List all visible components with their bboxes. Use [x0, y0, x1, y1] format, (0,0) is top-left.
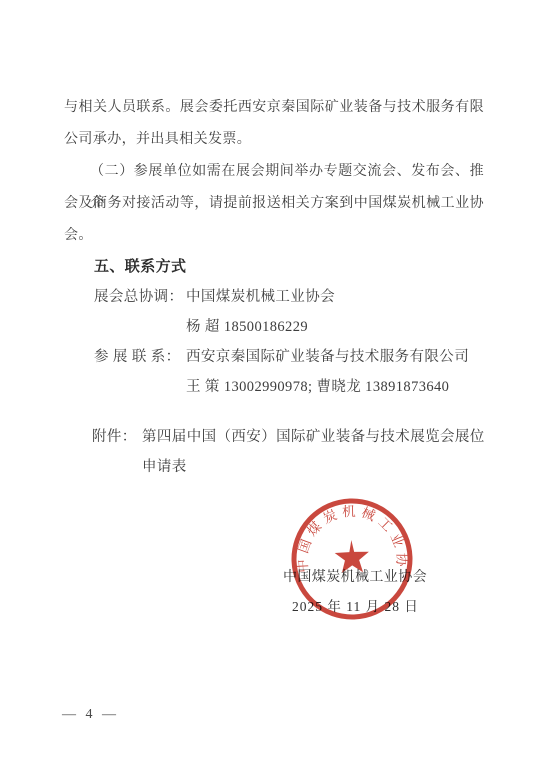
contact-row-exhibit-persons: 王 策 13002990978; 曹晓龙 13891873640 — [64, 372, 484, 402]
body-line: （二）参展单位如需在展会期间举办专题交流会、发布会、推介 — [64, 156, 484, 188]
seal-star-icon — [334, 539, 369, 573]
contact-row-exhibit: 参 展 联 系： 西安京秦国际矿业装备与技术服务有限公司 — [64, 342, 484, 372]
body-line: 与相关人员联系。展会委托西安京秦国际矿业装备与技术服务有限 — [64, 92, 484, 124]
contact-label: 展会总协调： — [94, 282, 186, 312]
attachment-row: 附件： 第四届中国（西安）国际矿业装备与技术展览会展位 — [64, 422, 484, 452]
contact-label-empty — [94, 312, 186, 342]
contact-label-empty — [94, 372, 186, 402]
contact-row-coordinator: 展会总协调： 中国煤炭机械工业协会 — [64, 282, 484, 312]
vertical-spacer — [64, 402, 484, 422]
page-number: — 4 — — [62, 707, 119, 723]
body-line: 会及商务对接活动等，请提前报送相关方案到中国煤炭机械工业协 — [64, 188, 484, 220]
attachment-title-line1: 第四届中国（西安）国际矿业装备与技术展览会展位 — [142, 422, 485, 452]
body-line: 公司承办，并出具相关发票。 — [64, 124, 484, 156]
attachment-label: 附件： — [92, 422, 142, 452]
contact-person: 王 策 13002990978; 曹晓龙 13891873640 — [186, 372, 484, 402]
contact-value: 西安京秦国际矿业装备与技术服务有限公司 — [186, 342, 484, 372]
contact-value: 中国煤炭机械工业协会 — [186, 282, 484, 312]
contact-person: 杨 超 18500186229 — [186, 312, 484, 342]
attachment-title-line2: 申请表 — [64, 452, 484, 482]
document-page: 与相关人员联系。展会委托西安京秦国际矿业装备与技术服务有限 公司承办，并出具相关… — [0, 0, 550, 783]
contact-label: 参 展 联 系： — [94, 342, 186, 372]
body-line: 会。 — [64, 220, 484, 252]
document-body: 与相关人员联系。展会委托西安京秦国际矿业装备与技术服务有限 公司承办，并出具相关… — [64, 92, 484, 482]
official-seal: 中国煤炭机械工业协会 — [286, 493, 418, 625]
section-heading: 五、联系方式 — [64, 252, 484, 282]
contact-row-coordinator-person: 杨 超 18500186229 — [64, 312, 484, 342]
